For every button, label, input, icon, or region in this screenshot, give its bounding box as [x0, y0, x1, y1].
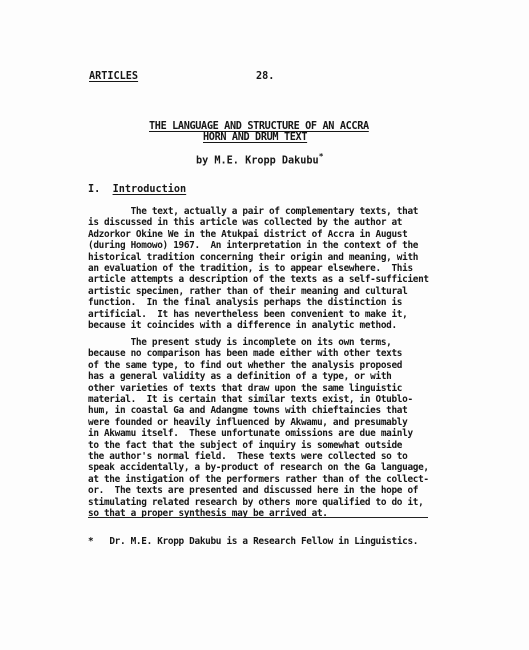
text-line: of the same type, to find out whether th…: [88, 360, 402, 371]
text-line: article attempts a description of the te…: [88, 274, 429, 285]
footnote-text: Dr. M.E. Kropp Dakubu is a Research Fell…: [109, 536, 418, 547]
text-line: because no comparison has been made eith…: [88, 348, 402, 359]
text-line: or. The texts are presented and discusse…: [88, 485, 418, 496]
text-line: stimulating related research by others m…: [88, 497, 423, 508]
text-line: The present study is incomplete on its o…: [88, 337, 391, 348]
section-label: ARTICLES: [89, 71, 138, 82]
page-number: 28.: [256, 71, 274, 82]
text-line: artistic specimen, rather than of their …: [88, 286, 407, 297]
text-line: has a general validity as a definition o…: [88, 371, 391, 382]
text-line: the author's normal field. These texts w…: [88, 451, 407, 462]
text-line: material. It is certain that similar tex…: [88, 394, 413, 405]
text-line: other varieties of texts that draw upon …: [88, 383, 402, 394]
footnote-reference: *: [319, 152, 324, 161]
text-line: function. In the final analysis perhaps …: [88, 297, 402, 308]
section-number: I.: [88, 184, 100, 195]
byline: by M.E. Kropp Dakubu*: [196, 152, 324, 166]
text-line: hum, in coastal Ga and Adangme towns wit…: [88, 405, 407, 416]
text-line: in Akwamu itself. These unfortunate omis…: [88, 428, 413, 439]
title-line-2: HORN AND DRUM TEXT: [203, 132, 307, 143]
author-name: M.E. Kropp Dakubu: [214, 155, 318, 166]
text-line: speak accidentally, a by-product of rese…: [88, 462, 429, 473]
text-line: to the fact that the subject of inquiry …: [88, 440, 402, 451]
text-line: were founded or heavily influenced by Ak…: [88, 417, 407, 428]
text-line: is discussed in this article was collect…: [88, 217, 402, 228]
footnote: * Dr. M.E. Kropp Dakubu is a Research Fe…: [88, 536, 418, 547]
text-line: artificial. It has nevertheless been con…: [88, 309, 407, 320]
text-line: (during Homowo) 1967. An interpretation …: [88, 240, 418, 251]
text-line: historical tradition concerning their or…: [88, 252, 418, 263]
byline-prefix: by: [196, 155, 214, 166]
title-line-1: THE LANGUAGE AND STRUCTURE OF AN ACCRA: [149, 121, 369, 132]
text-line: at the instigation of the performers rat…: [88, 474, 429, 485]
text-line: because it coincides with a difference i…: [88, 320, 397, 331]
text-line: Adzorkor Okine We in the Atukpai distric…: [88, 229, 407, 240]
footnote-divider: [88, 517, 428, 518]
text-line: The text, actually a pair of complementa…: [88, 206, 418, 217]
footnote-mark: *: [88, 536, 93, 547]
section-heading: I. Introduction: [88, 184, 186, 195]
text-line: an evaluation of the tradition, is to ap…: [88, 263, 413, 274]
section-title: Introduction: [113, 184, 187, 195]
